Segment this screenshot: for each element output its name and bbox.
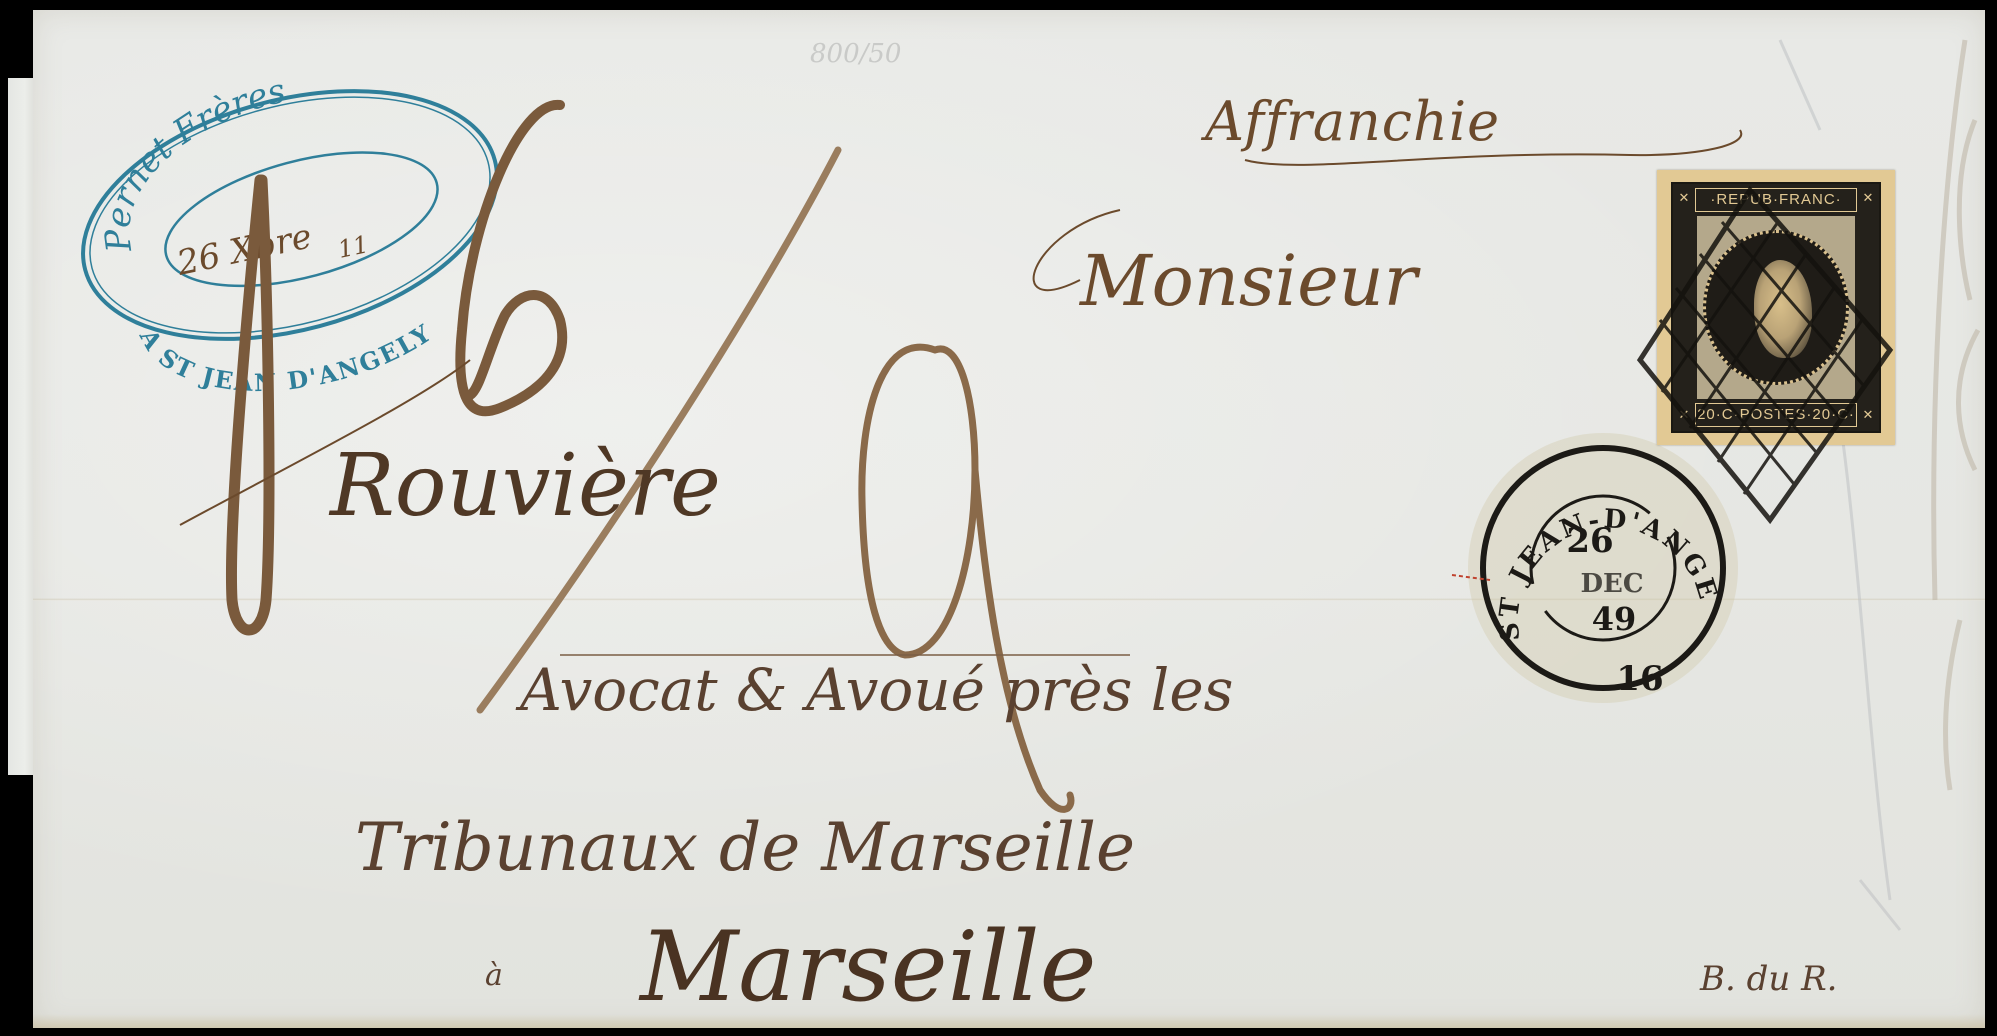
stamp-circle (1703, 230, 1849, 385)
address-city: Marseille (638, 911, 1096, 1023)
pencil-strokes-right (1934, 40, 1978, 790)
address-title-line: Avocat & Avoué près les (515, 656, 1233, 724)
ceres-head-icon (1754, 260, 1813, 358)
tax-digit-9 (862, 347, 1071, 809)
stamp-bottom-text: 20·C·POSTES·20·C· (1695, 403, 1857, 427)
stamp-corner-icon: ✕ (1858, 188, 1878, 210)
endorsement-affranchie: Affranchie (1200, 90, 1500, 153)
tax-slash (480, 150, 838, 710)
tax-right-value: 9 (0, 0, 10, 4)
postmark-department: 16 (1616, 659, 1663, 699)
stamp-corner-icon: ✕ (1858, 405, 1878, 427)
tax-left-value: 06 (0, 0, 20, 4)
address-name: Rouvière (328, 436, 721, 536)
stamp-medallion (1697, 216, 1855, 399)
address-salutation: Monsieur (1078, 240, 1421, 322)
pencil-note-top: 800/50 (810, 39, 901, 69)
stamp-corner-icon: ✕ (1674, 188, 1694, 210)
tax-digit-6 (460, 105, 562, 411)
ink-layer: 800/50 Pernet Frères A ST JEAN D'ANGELY … (0, 0, 1997, 1036)
cachet-manuscript-date: 26 Xbre (173, 216, 316, 284)
address-court-line: Tribunaux de Marseille (355, 809, 1135, 886)
postage-stamp: ✕ ✕ ✕ ✕ ·REPUB·FRANC· 20·C·POSTES·20·C· (1657, 170, 1895, 445)
address-prefix: à (485, 958, 503, 993)
address-department: B. du R. (1699, 959, 1837, 999)
postmark-month: DEC (1580, 569, 1643, 599)
stamp-frame: ✕ ✕ ✕ ✕ ·REPUB·FRANC· 20·C·POSTES·20·C· (1671, 182, 1881, 433)
postmark-day: 26 (1566, 521, 1613, 561)
stamp-corner-icon: ✕ (1674, 405, 1694, 427)
postmark-year: 49 (1592, 600, 1637, 638)
stamp-top-text: ·REPUB·FRANC· (1695, 188, 1857, 212)
